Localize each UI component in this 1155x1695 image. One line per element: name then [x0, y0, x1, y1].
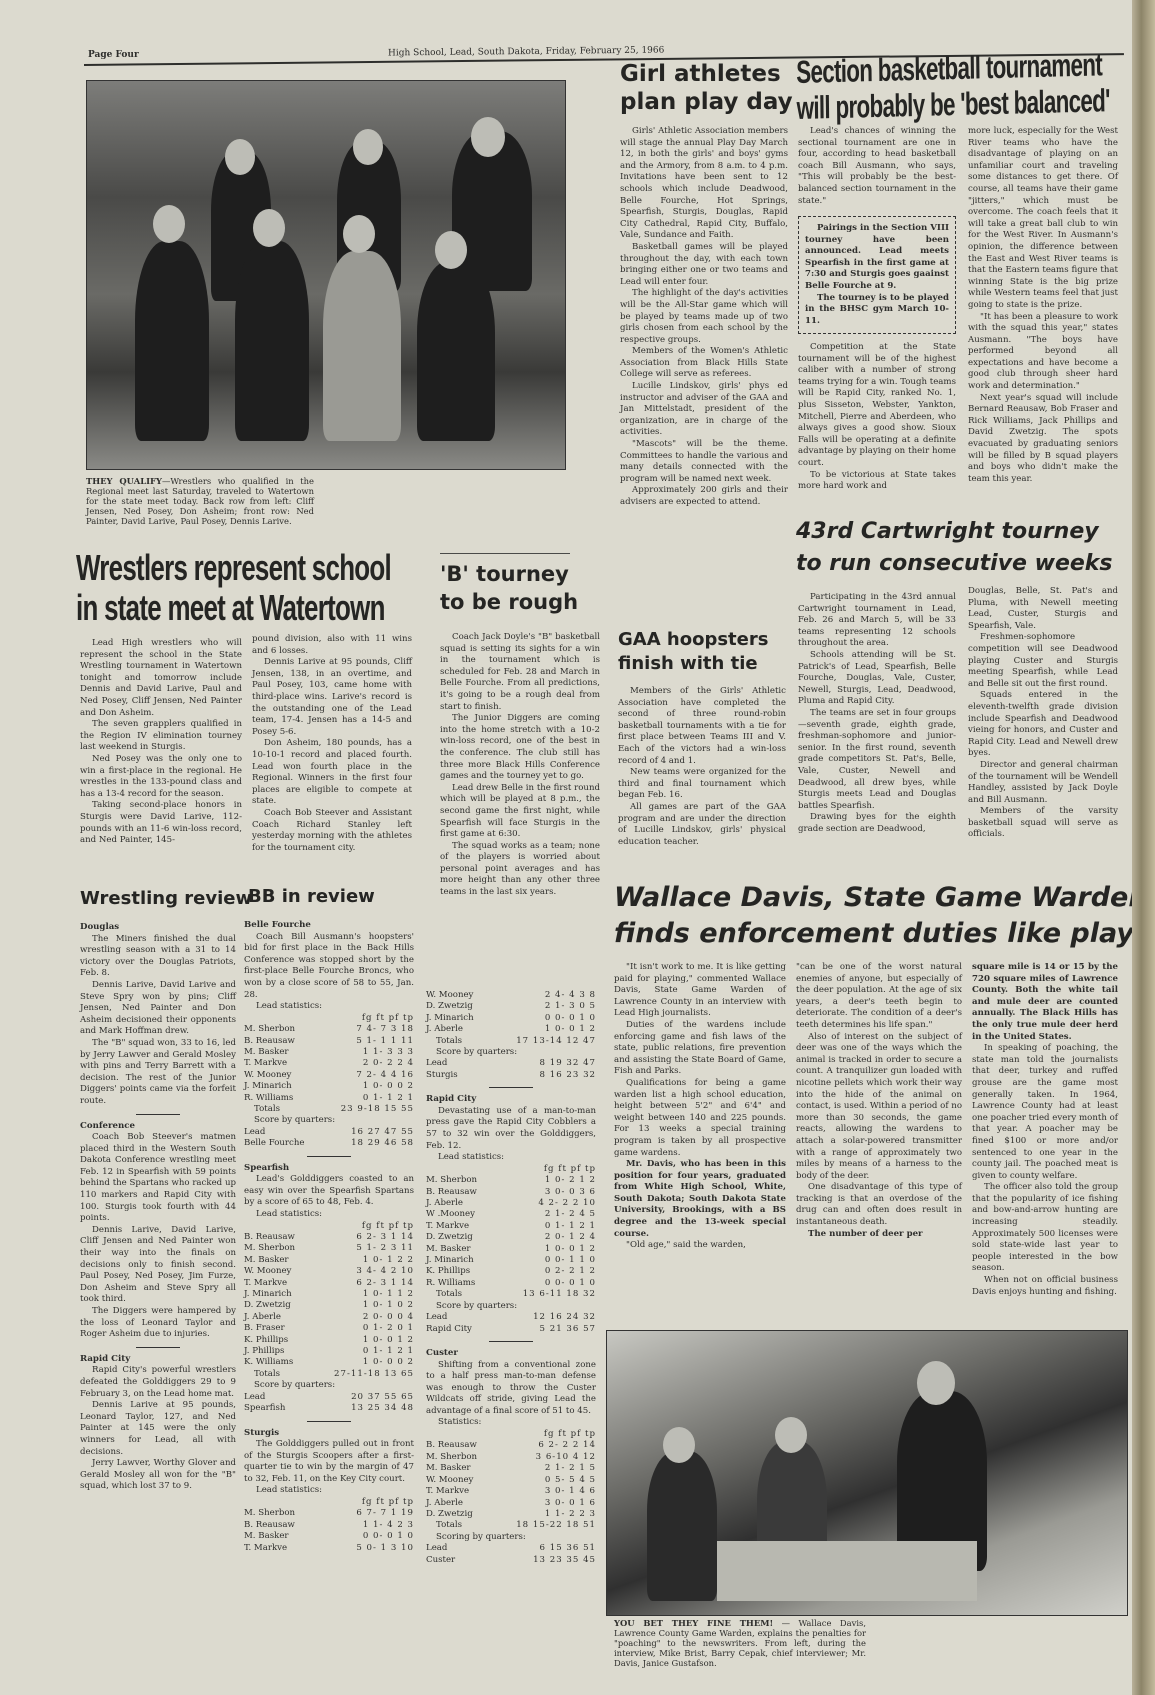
headline-girl-athletes: Girl athletes plan play day	[620, 60, 793, 116]
wrestling-review-column: Douglas The Miners finished the dual wre…	[80, 922, 236, 1493]
pairings-box: Pairings in the Section VIII tourney hav…	[798, 216, 956, 334]
caption-lead: YOU BET THEY FINE THEM!	[614, 1618, 773, 1628]
headline-wrestlers: Wrestlers represent school in state meet…	[76, 548, 391, 628]
article-girl-athletes: Girls' Athletic Association members will…	[620, 126, 788, 509]
sturgis-stats-table-part1: fg ft pf tp M. Sherbon6 7- 7 1 19 B. Rea…	[244, 1497, 414, 1554]
bb-review-column-1: Belle Fourche Coach Bill Ausmann's hoops…	[244, 920, 414, 1554]
headline-wallace-davis: Wallace Davis, State Game Warden, finds …	[614, 880, 1155, 952]
article-davis-col3: square mile is 14 or 15 by the 720 squar…	[972, 962, 1118, 1298]
page-edge	[1132, 0, 1155, 1695]
article-b-tourney: Coach Jack Doyle's "B" basketball squad …	[440, 632, 600, 899]
article-davis-col2: "can be one of the worst natural enemies…	[796, 962, 962, 1240]
spearfish-stats-table: fg ft pf tp B. Reausaw6 2- 3 1 14 M. She…	[244, 1221, 414, 1415]
article-davis-col1: "It isn't work to me. It is like getting…	[614, 962, 786, 1252]
article-section-bb-col2: more luck, especially for the West River…	[968, 126, 1118, 485]
rapid-city-stats-table: fg ft pf tp M. Sherbon1 0- 2 1 2 B. Reau…	[426, 1164, 596, 1335]
article-wrestlers-col2: pound division, also with 11 wins and 6 …	[252, 634, 412, 854]
photo-caption-bottom: YOU BET THEY FINE THEM! — Wallace Davis,…	[614, 1618, 866, 1668]
headline-cartwright: 43rd Cartwright tourney to run consecuti…	[796, 516, 1113, 580]
headline-bb-review: BB in review	[248, 886, 375, 907]
caption-lead: THEY QUALIFY	[86, 476, 162, 486]
game-warden-photo	[606, 1330, 1128, 1616]
bb-review-column-2: W. Mooney2 4- 4 3 8 D. Zwetzig2 1- 3 0 5…	[426, 990, 596, 1566]
headline-section-basketball: Section basketball tournament will proba…	[796, 46, 1110, 126]
article-cartwright-col1: Participating in the 43rd annual Cartwri…	[798, 592, 956, 835]
page-folio: Page Four	[88, 50, 139, 60]
headline-wrestling-review: Wrestling review	[80, 888, 252, 909]
belle-stats-table: fg ft pf tp M. Sherbon7 4- 7 3 18 B. Rea…	[244, 1013, 414, 1150]
article-section-bb-col1: Lead's chances of winning the sectional …	[798, 126, 956, 207]
article-wrestlers-col1: Lead High wrestlers who will represent t…	[80, 638, 242, 847]
headline-gaa: GAA hoopsters finish with tie	[618, 628, 768, 676]
sturgis-stats-table-part2: W. Mooney2 4- 4 3 8 D. Zwetzig2 1- 3 0 5…	[426, 990, 596, 1081]
article-section-bb-col1b: Competition at the State tournament will…	[798, 342, 956, 493]
wrestlers-photo	[86, 80, 566, 470]
article-cartwright-col2: Douglas, Belle, St. Pat's and Pluma, wit…	[968, 586, 1118, 841]
custer-stats-table: fg ft pf tp B. Reausaw6 2- 2 2 14 M. She…	[426, 1429, 596, 1566]
newspaper-page: Page Four High School, Lead, South Dakot…	[0, 0, 1140, 1695]
dateline: High School, Lead, South Dakota, Friday,…	[388, 46, 664, 59]
article-gaa: Members of the Girls' Athletic Associati…	[618, 686, 786, 848]
photo-caption-left: THEY QUALIFY—Wrestlers who qualified in …	[86, 476, 314, 526]
headline-b-tourney: 'B' tourney to be rough	[440, 560, 578, 616]
